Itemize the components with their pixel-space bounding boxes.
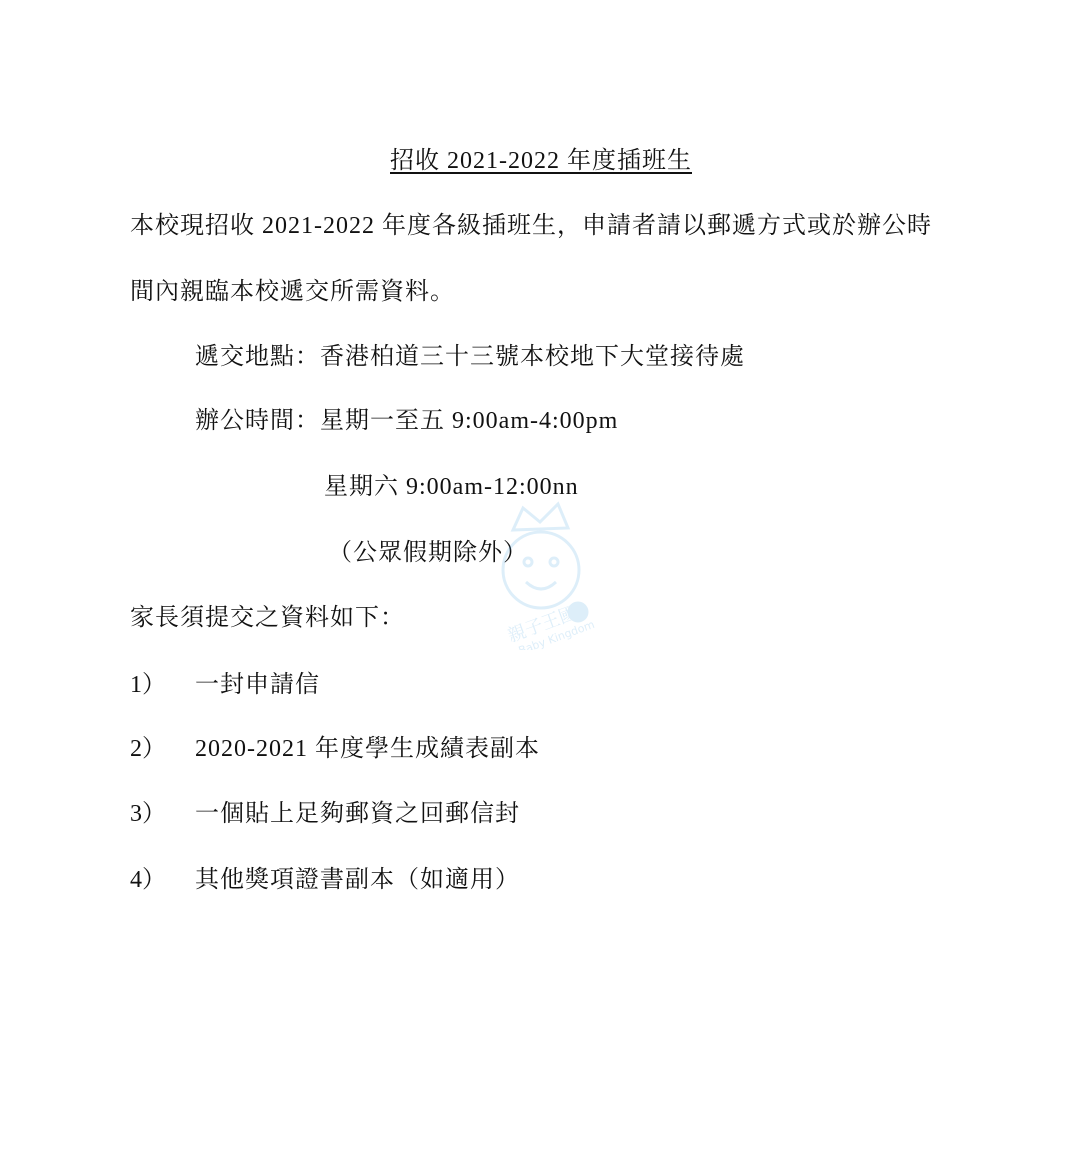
item-number: 1） bbox=[130, 670, 166, 700]
item-number: 4） bbox=[130, 865, 166, 895]
item-text: 一個貼上足夠郵資之回郵信封 bbox=[195, 799, 520, 829]
item-text: 其他獎項證書副本（如適用） bbox=[195, 865, 520, 895]
document-title: 招收 2021-2022 年度插班生 bbox=[390, 146, 692, 176]
office-hours-weekday: 辦公時間：星期一至五 9:00am-4:00pm bbox=[195, 406, 618, 436]
item-text: 一封申請信 bbox=[195, 670, 320, 700]
item-number: 2） bbox=[130, 734, 166, 764]
svg-text:親子王國: 親子王國 bbox=[505, 602, 580, 646]
document-page: 招收 2021-2022 年度插班生 本校現招收 2021-2022 年度各級插… bbox=[0, 0, 1080, 1161]
item-number: 3） bbox=[130, 799, 166, 829]
requirements-heading: 家長須提交之資料如下： bbox=[130, 603, 405, 633]
svg-text:Baby Kingdom: Baby Kingdom bbox=[517, 618, 597, 650]
baby-mascot-icon: 親子王國 Baby Kingdom bbox=[478, 500, 608, 650]
intro-line-1: 本校現招收 2021-2022 年度各級插班生，申請者請以郵遞方式或於辦公時 bbox=[130, 211, 932, 241]
office-hours-saturday: 星期六 9:00am-12:00nn bbox=[324, 472, 579, 502]
public-holiday-note: （公眾假期除外） bbox=[328, 538, 528, 568]
location-line: 遞交地點：香港柏道三十三號本校地下大堂接待處 bbox=[195, 342, 745, 372]
intro-line-2: 間內親臨本校遞交所需資料。 bbox=[130, 277, 455, 307]
item-text: 2020-2021 年度學生成績表副本 bbox=[195, 734, 540, 764]
